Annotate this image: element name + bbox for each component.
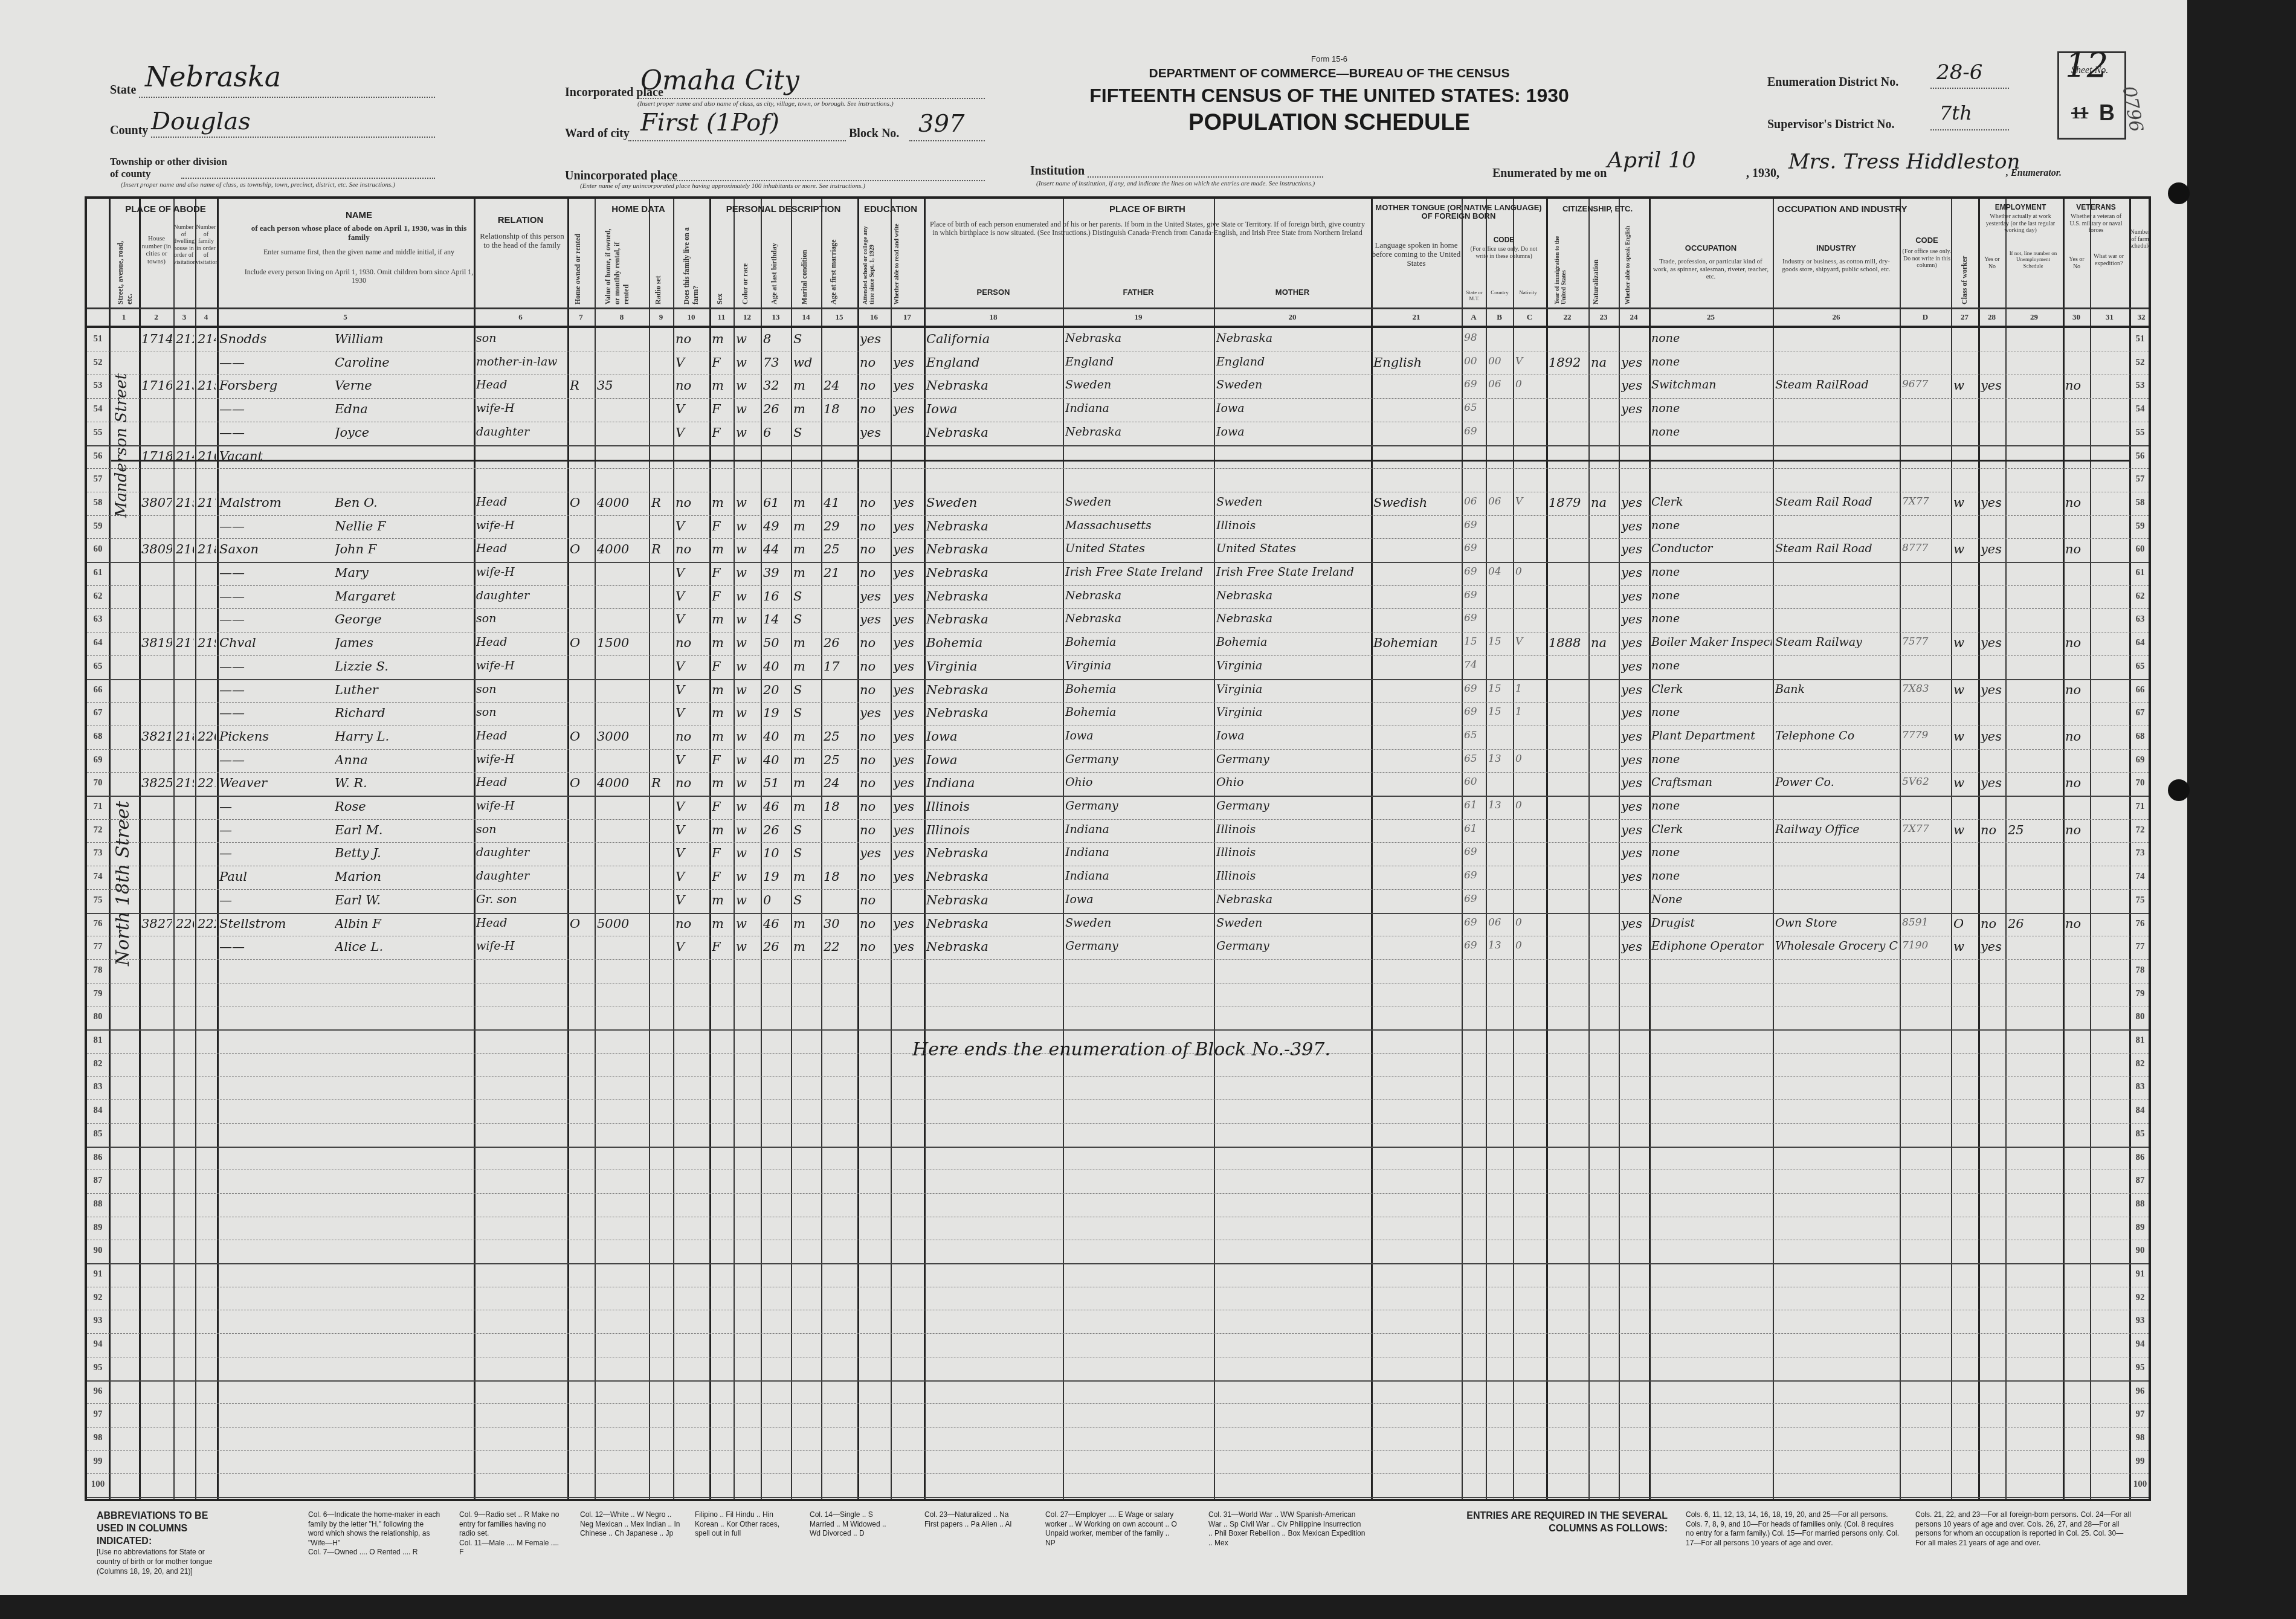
cell-age: 0 <box>763 893 790 907</box>
cell-age-marr: 18 <box>824 402 856 416</box>
cell-code: 7577 <box>1902 636 1950 648</box>
row-divider <box>87 1380 2149 1382</box>
cell-codeB: 15 <box>1488 683 1512 695</box>
sheet-value: 12 <box>2065 46 2108 85</box>
cell-value: 4000 <box>597 542 648 556</box>
column-number: 2 <box>139 312 173 322</box>
cell-class: w <box>1953 729 1977 744</box>
cell-english: yes <box>1621 542 1648 556</box>
header-divider <box>87 307 2149 309</box>
cell-house: 3807 <box>141 495 172 510</box>
cell-farm: V <box>676 753 708 767</box>
cell-value: 35 <box>597 378 648 393</box>
cell-vet: no <box>2065 823 2089 837</box>
vheader-country: Country <box>1488 289 1512 295</box>
cell-birth: Illinois <box>926 799 1062 814</box>
column-number: C <box>1513 312 1546 322</box>
cell-english: yes <box>1621 519 1648 533</box>
row-divider <box>87 1450 2149 1451</box>
cell-house: 3827 <box>141 916 172 931</box>
table-row[interactable]: —Betty J.daughterVFw10SyesyesNebraskaInd… <box>87 842 2153 866</box>
line-number: 82 <box>2129 1059 2151 1069</box>
cell-birth: Nebraska <box>926 846 1062 860</box>
table-row[interactable]: 1716213215ForsbergVerneHeadR35nomw32m24n… <box>87 375 2153 398</box>
cell-codeB: 06 <box>1488 495 1512 507</box>
place-of-birth-description: Place of birth of each person enumerated… <box>930 220 1365 237</box>
cell-english: yes <box>1621 495 1648 510</box>
cell-mother: Nebraska <box>1216 612 1370 625</box>
cell-sex: F <box>712 659 732 674</box>
column-number: 17 <box>891 312 924 322</box>
cell-industry: Bank <box>1775 683 1898 696</box>
cell-owned: O <box>570 729 593 744</box>
cell-farm: V <box>676 939 708 954</box>
institution-line <box>1088 176 1323 178</box>
cell-relation: daughter <box>476 589 566 602</box>
occupation-description: Trade, profession, or particular kind of… <box>1652 258 1770 281</box>
column-number: 3 <box>173 312 195 322</box>
cell-color: w <box>736 402 759 416</box>
group-place-of-abode: PLACE OF ABODE <box>114 205 217 215</box>
cell-occupation: none <box>1651 753 1772 766</box>
cell-color: w <box>736 893 759 907</box>
cell-natur: na <box>1591 636 1617 650</box>
entries-title: ENTRIES ARE REQUIRED IN THE SEVERAL COLU… <box>1466 1511 1668 1534</box>
cell-marital: m <box>793 659 820 674</box>
cell-farm: no <box>676 729 708 744</box>
cell-given: W. R. <box>335 776 458 790</box>
cell-read: yes <box>893 378 923 393</box>
row-divider <box>87 1333 2149 1334</box>
vheader-class-of-worker: Class of worker <box>1960 229 1969 304</box>
line-number: 89 <box>87 1223 109 1233</box>
cell-mother: Illinois <box>1216 823 1370 836</box>
cell-age: 73 <box>763 355 790 370</box>
table-row[interactable]: 3807215217MalstromBen O.HeadO4000Rnomw61… <box>87 492 2153 515</box>
cell-relation: Head <box>476 636 566 649</box>
cell-occupation: none <box>1651 589 1772 602</box>
cell-school: no <box>860 659 889 674</box>
ward-value: First (1Pof) <box>640 109 779 137</box>
cell-radio: R <box>651 776 672 790</box>
vheader-street: Street, avenue, road, etc. <box>116 235 134 304</box>
cell-color: w <box>736 753 759 767</box>
schedule-title: POPULATION SCHEDULE <box>1027 110 1631 136</box>
cell-occupation: none <box>1651 425 1772 439</box>
cell-birth: Nebraska <box>926 893 1062 907</box>
row-divider <box>87 1497 2149 1498</box>
cell-owned: O <box>570 636 593 650</box>
cell-marital: m <box>793 753 820 767</box>
footer-col27: Col. 27—Employer .... E Wage or salary w… <box>1045 1510 1178 1548</box>
incorporated-line <box>640 98 985 99</box>
cell-given: Earl W. <box>335 893 458 907</box>
cell-birth: England <box>926 355 1062 370</box>
cell-school: no <box>860 355 889 370</box>
language-description: Language spoken in home before coming to… <box>1371 241 1462 268</box>
cell-codeC: 1 <box>1515 683 1545 695</box>
cell-color: w <box>736 519 759 533</box>
cell-codeC: 0 <box>1515 939 1545 951</box>
cell-farm: V <box>676 659 708 674</box>
cell-surname: —— <box>219 683 346 697</box>
cell-given: Earl M. <box>335 823 458 837</box>
cell-marital: S <box>793 612 820 626</box>
footer-col31: Col. 31—World War .. WW Spanish-American… <box>1208 1510 1366 1548</box>
cell-color: w <box>736 799 759 814</box>
row-divider <box>87 1403 2149 1404</box>
cell-vet: no <box>2065 542 2089 556</box>
cell-sex: F <box>712 425 732 440</box>
cell-emp: yes <box>1981 542 2004 556</box>
cell-industry: Steam Rail Road <box>1775 495 1898 509</box>
cell-mother: England <box>1216 355 1370 369</box>
cell-sex: m <box>712 683 732 697</box>
name-instruction-2: Include every person living on April 1, … <box>244 268 474 285</box>
industry-description: Industry or business, as cotton mill, dr… <box>1776 258 1897 273</box>
enumeration-district-label: Enumeration District No. <box>1767 76 1898 89</box>
sheet-side: B <box>2099 100 2115 126</box>
table-row[interactable]: ——GeorgesonVmw14SyesyesNebraskaNebraskaN… <box>87 608 2153 632</box>
cell-age: 51 <box>763 776 790 790</box>
table-row[interactable]: ——Nellie Fwife-HVFw49m29noyesNebraskaMas… <box>87 515 2153 539</box>
cell-immig: 1892 <box>1549 355 1587 370</box>
cell-class: O <box>1953 916 1977 931</box>
cell-sex: F <box>712 753 732 767</box>
cell-surname: —— <box>219 565 346 580</box>
group-citizenship: CITIZENSHIP, ETC. <box>1546 205 1649 213</box>
cell-house: 3809 <box>141 542 172 556</box>
cell-occupation: none <box>1651 402 1772 415</box>
cell-mother: Nebraska <box>1216 893 1370 906</box>
line-number: 79 <box>87 989 109 999</box>
table-row[interactable]: ——Alice L.wife-HVFw26m22noyesNebraskaGer… <box>87 936 2153 959</box>
line-number: 79 <box>2129 989 2151 999</box>
cell-sex: m <box>712 378 732 393</box>
line-number: 84 <box>87 1106 109 1116</box>
cell-age: 14 <box>763 612 790 626</box>
cell-farm: no <box>676 542 708 556</box>
cell-vet: no <box>2065 636 2089 650</box>
cell-codeA: 69 <box>1464 565 1485 578</box>
cell-value: 4000 <box>597 776 648 790</box>
cell-owned: O <box>570 776 593 790</box>
cell-mother: Nebraska <box>1216 332 1370 345</box>
cell-father: Iowa <box>1065 893 1213 906</box>
row-divider <box>87 1217 2149 1217</box>
ward-label: Ward of city <box>565 127 630 141</box>
cell-dwelling: 216 <box>176 542 194 556</box>
cell-codeA: 69 <box>1464 893 1485 905</box>
column-number: D <box>1900 312 1951 322</box>
column-number: 15 <box>821 312 857 322</box>
cell-father: Bohemia <box>1065 683 1213 696</box>
cell-color: w <box>736 332 759 346</box>
cell-mother: United States <box>1216 542 1370 555</box>
cell-age-marr: 21 <box>824 565 856 580</box>
cell-emp-line: 25 <box>2008 823 2062 837</box>
cell-school: no <box>860 776 889 790</box>
unincorporated-note: (Enter name of any unincorporated place … <box>580 182 865 190</box>
table-row[interactable]: 3827220222StellstromAlbin FHeadO5000nomw… <box>87 913 2153 936</box>
cell-age-marr: 26 <box>824 636 856 650</box>
cell-relation: wife-H <box>476 753 566 766</box>
table-row[interactable]: 1718214216Vacant <box>87 445 2153 469</box>
cell-class: w <box>1953 542 1977 556</box>
cell-school: yes <box>860 612 889 626</box>
vheader-read-write: Whether able to read and write <box>894 223 900 304</box>
cell-sex: m <box>712 729 732 744</box>
cell-color: w <box>736 378 759 393</box>
table-row[interactable]: ——Marywife-HVFw39m21noyesNebraskaIrish F… <box>87 562 2153 585</box>
cell-occupation: none <box>1651 612 1772 625</box>
cell-birth: Nebraska <box>926 542 1062 556</box>
group-home-data: HOME DATA <box>567 205 709 215</box>
cell-sex: m <box>712 893 732 907</box>
column-number: 23 <box>1588 312 1619 322</box>
cell-codeA: 60 <box>1464 776 1485 788</box>
cell-farm: V <box>676 612 708 626</box>
header-person: PERSON <box>924 288 1063 297</box>
line-number: 92 <box>2129 1293 2151 1303</box>
cell-sex: F <box>712 589 732 604</box>
table-row[interactable]: ——RichardsonVmw19SyesyesNebraskaBohemiaV… <box>87 702 2153 726</box>
cell-sex: m <box>712 612 732 626</box>
row-divider <box>87 1263 2149 1264</box>
cell-class: w <box>1953 683 1977 697</box>
cell-english: yes <box>1621 729 1648 744</box>
cell-age-marr: 30 <box>824 916 856 931</box>
cell-school: no <box>860 916 889 931</box>
cell-codeB: 15 <box>1488 636 1512 648</box>
cell-emp: no <box>1981 823 2004 837</box>
cell-code: 7X77 <box>1902 495 1950 507</box>
cell-father: Germany <box>1065 799 1213 813</box>
cell-occupation: Clerk <box>1651 683 1772 696</box>
cell-marital: wd <box>793 355 820 370</box>
cell-emp: no <box>1981 916 2004 931</box>
cell-family: 221 <box>198 776 216 790</box>
cell-relation: daughter <box>476 425 566 439</box>
table-row[interactable]: —Earl W.Gr. sonVmw0SnoNebraskaIowaNebras… <box>87 889 2153 913</box>
cell-marital: S <box>793 823 820 837</box>
cell-given: Betty J. <box>335 846 458 860</box>
cell-house: 1714 <box>141 332 172 346</box>
cell-age: 10 <box>763 846 790 860</box>
line-number: 96 <box>2129 1386 2151 1397</box>
cell-natur: na <box>1591 495 1617 510</box>
cell-birth: Nebraska <box>926 378 1062 393</box>
cell-farm: V <box>676 355 708 370</box>
cell-age-marr: 22 <box>824 939 856 954</box>
cell-color: w <box>736 729 759 744</box>
cell-age-marr: 29 <box>824 519 856 533</box>
cell-color: w <box>736 776 759 790</box>
cell-birth: Nebraska <box>926 425 1062 440</box>
enumerator-suffix: , Enumerator. <box>2006 168 2062 179</box>
row-divider <box>87 1287 2149 1287</box>
cell-mother: Iowa <box>1216 402 1370 415</box>
enumerated-date: April 10 <box>1607 148 1696 173</box>
cell-father: Nebraska <box>1065 589 1213 602</box>
abbrev-col11: Col. 11—Male .... M Female .... F <box>459 1539 559 1557</box>
cell-read: yes <box>893 753 923 767</box>
cell-mother: Sweden <box>1216 378 1370 391</box>
cell-codeA: 69 <box>1464 542 1485 554</box>
cell-given: Mary <box>335 565 458 580</box>
cell-sex: m <box>712 706 732 720</box>
cell-birth: Nebraska <box>926 519 1062 533</box>
cell-father: Nebraska <box>1065 425 1213 439</box>
cell-surname: Stellstrom <box>219 916 346 931</box>
cell-surname: Weaver <box>219 776 346 790</box>
vheader-state-mt: State or M.T. <box>1463 289 1486 302</box>
cell-mother: Nebraska <box>1216 589 1370 602</box>
table-row[interactable]: 3825219221WeaverW. R.HeadO4000Rnomw51m24… <box>87 772 2153 796</box>
line-number: 91 <box>87 1269 109 1279</box>
cell-english: yes <box>1621 776 1648 790</box>
column-number: 1 <box>109 312 139 322</box>
cell-age-marr: 17 <box>824 659 856 674</box>
vheader-radio: Radio set <box>654 223 663 304</box>
cell-father: Iowa <box>1065 729 1213 742</box>
cell-age: 8 <box>763 332 790 346</box>
cell-sex: m <box>712 542 732 556</box>
table-row[interactable]: 1714212214SnoddsWilliamsonnomw8SyesCalif… <box>87 328 2153 352</box>
cell-sex: F <box>712 565 732 580</box>
cell-code: 7779 <box>1902 729 1950 741</box>
cell-marital: m <box>793 939 820 954</box>
cell-marital: S <box>793 846 820 860</box>
cell-color: w <box>736 495 759 510</box>
institution-label: Institution <box>1030 164 1085 178</box>
footer-entries-1: Cols. 6, 11, 12, 13, 14, 16, 18, 19, 20,… <box>1686 1510 1903 1548</box>
cell-codeA: 69 <box>1464 612 1485 624</box>
column-number: B <box>1486 312 1513 322</box>
cell-english: yes <box>1621 823 1648 837</box>
supervisor-district-value: 7th <box>1940 101 1972 124</box>
column-number: 21 <box>1371 312 1462 322</box>
cell-occupation: Switchman <box>1651 378 1772 391</box>
cell-color: w <box>736 869 759 884</box>
table-row[interactable]: 3819217219ChvalJamesHeadO1500nomw50m26no… <box>87 632 2153 655</box>
column-number: 28 <box>1978 312 2005 322</box>
cell-read: yes <box>893 636 923 650</box>
table-row[interactable] <box>87 468 2153 492</box>
cell-school: yes <box>860 706 889 720</box>
cell-given: Caroline <box>335 355 458 370</box>
line-number: 86 <box>2129 1153 2151 1163</box>
column-number: 13 <box>761 312 791 322</box>
cell-given: Richard <box>335 706 458 720</box>
cell-father: Bohemia <box>1065 706 1213 719</box>
row-divider <box>87 983 2149 983</box>
cell-english: yes <box>1621 402 1648 416</box>
vheader-family: Number of family in order of visitation <box>196 224 216 266</box>
cell-class: w <box>1953 378 1977 393</box>
veterans-description: Whether a veteran of U.S. military or na… <box>2065 213 2127 234</box>
enumerated-year: , 1930, <box>1746 167 1779 181</box>
cell-owned: R <box>570 378 593 393</box>
cell-value: 5000 <box>597 916 648 931</box>
table-row[interactable]: —Earl M.sonVmw26SnoyesIllinoisIndianaIll… <box>87 819 2153 843</box>
cell-given: Verne <box>335 378 458 393</box>
cell-codeB: 13 <box>1488 753 1512 765</box>
footer-col12b: Filipino .. Fil Hindu .. Hin Korean .. K… <box>695 1510 792 1539</box>
cell-given: Luther <box>335 683 458 697</box>
cell-dwelling: 212 <box>176 332 194 346</box>
table-row[interactable]: PaulMariondaughterVFw19m18noyesNebraskaI… <box>87 866 2153 889</box>
cell-relation: daughter <box>476 846 566 859</box>
cell-codeA: 69 <box>1464 683 1485 695</box>
cell-farm: V <box>676 799 708 814</box>
table-row[interactable]: ——Carolinemother-in-lawVFw73wdnoyesEngla… <box>87 352 2153 375</box>
cell-code: 5V62 <box>1902 776 1950 788</box>
cell-father: Nebraska <box>1065 332 1213 345</box>
cell-emp: yes <box>1981 939 2004 954</box>
table-row[interactable]: —Rosewife-HVFw46m18noyesIllinoisGermanyG… <box>87 796 2153 819</box>
cell-school: no <box>860 519 889 533</box>
cell-english: yes <box>1621 799 1648 814</box>
cell-owned: O <box>570 916 593 931</box>
table-row[interactable]: ——JoycedaughterVFw6SyesNebraskaNebraskaI… <box>87 422 2153 445</box>
cell-english: yes <box>1621 565 1648 580</box>
cell-school: no <box>860 636 889 650</box>
cell-age-marr: 18 <box>824 799 856 814</box>
header-industry: INDUSTRY <box>1773 244 1900 253</box>
cell-mother: Sweden <box>1216 495 1370 509</box>
cell-farm: no <box>676 776 708 790</box>
footer-entries-2: Cols. 21, 22, and 23—For all foreign-bor… <box>1915 1510 2133 1548</box>
table-row[interactable]: ——Lizzie S.wife-HVFw40m17noyesVirginiaVi… <box>87 655 2153 679</box>
cell-read: yes <box>893 846 923 860</box>
cell-birth: Bohemia <box>926 636 1062 650</box>
line-number: 93 <box>2129 1316 2151 1326</box>
cell-family: 215 <box>198 378 216 393</box>
cell-surname: — <box>219 846 346 860</box>
cell-house: 3819 <box>141 636 172 650</box>
state-label: State <box>110 83 136 97</box>
table-row[interactable]: 3821218220PickensHarry L.HeadO3000nomw40… <box>87 726 2153 749</box>
line-number: 80 <box>87 1012 109 1022</box>
cell-school: no <box>860 939 889 954</box>
table-row[interactable]: ——Annawife-HVFw40m25noyesIowaGermanyGerm… <box>87 749 2153 773</box>
cell-mother: Iowa <box>1216 425 1370 439</box>
cell-family: 218 <box>198 542 216 556</box>
cell-school: yes <box>860 589 889 604</box>
cell-marital: m <box>793 542 820 556</box>
table-row[interactable]: ——Ednawife-HVFw26m18noyesIowaIndianaIowa… <box>87 398 2153 422</box>
cell-occupation: Clerk <box>1651 823 1772 836</box>
vheader-owned: Home owned or rented <box>573 223 582 304</box>
group-occupation-industry: OCCUPATION AND INDUSTRY <box>1649 205 2036 215</box>
cell-english: yes <box>1621 612 1648 626</box>
line-number: 81 <box>87 1035 109 1046</box>
vheader-age: Age at last birthday <box>770 223 779 304</box>
table-row[interactable]: ——MargaretdaughterVFw16SyesyesNebraskaNe… <box>87 585 2153 609</box>
cell-occupation: Plant Department <box>1651 729 1772 742</box>
cell-father: United States <box>1065 542 1213 555</box>
table-row[interactable]: ——LuthersonVmw20SnoyesNebraskaBohemiaVir… <box>87 679 2153 703</box>
cell-dwelling: 215 <box>176 495 194 510</box>
cell-codeC: V <box>1515 355 1545 367</box>
cell-surname: Chval <box>219 636 346 650</box>
cell-school: no <box>860 729 889 744</box>
cell-occupation: Boiler Maker Inspector <box>1651 636 1772 649</box>
cell-english: yes <box>1621 846 1648 860</box>
table-row[interactable]: 3809216218SaxonJohn FHeadO4000Rnomw44m25… <box>87 538 2153 562</box>
cell-occupation: none <box>1651 519 1772 532</box>
